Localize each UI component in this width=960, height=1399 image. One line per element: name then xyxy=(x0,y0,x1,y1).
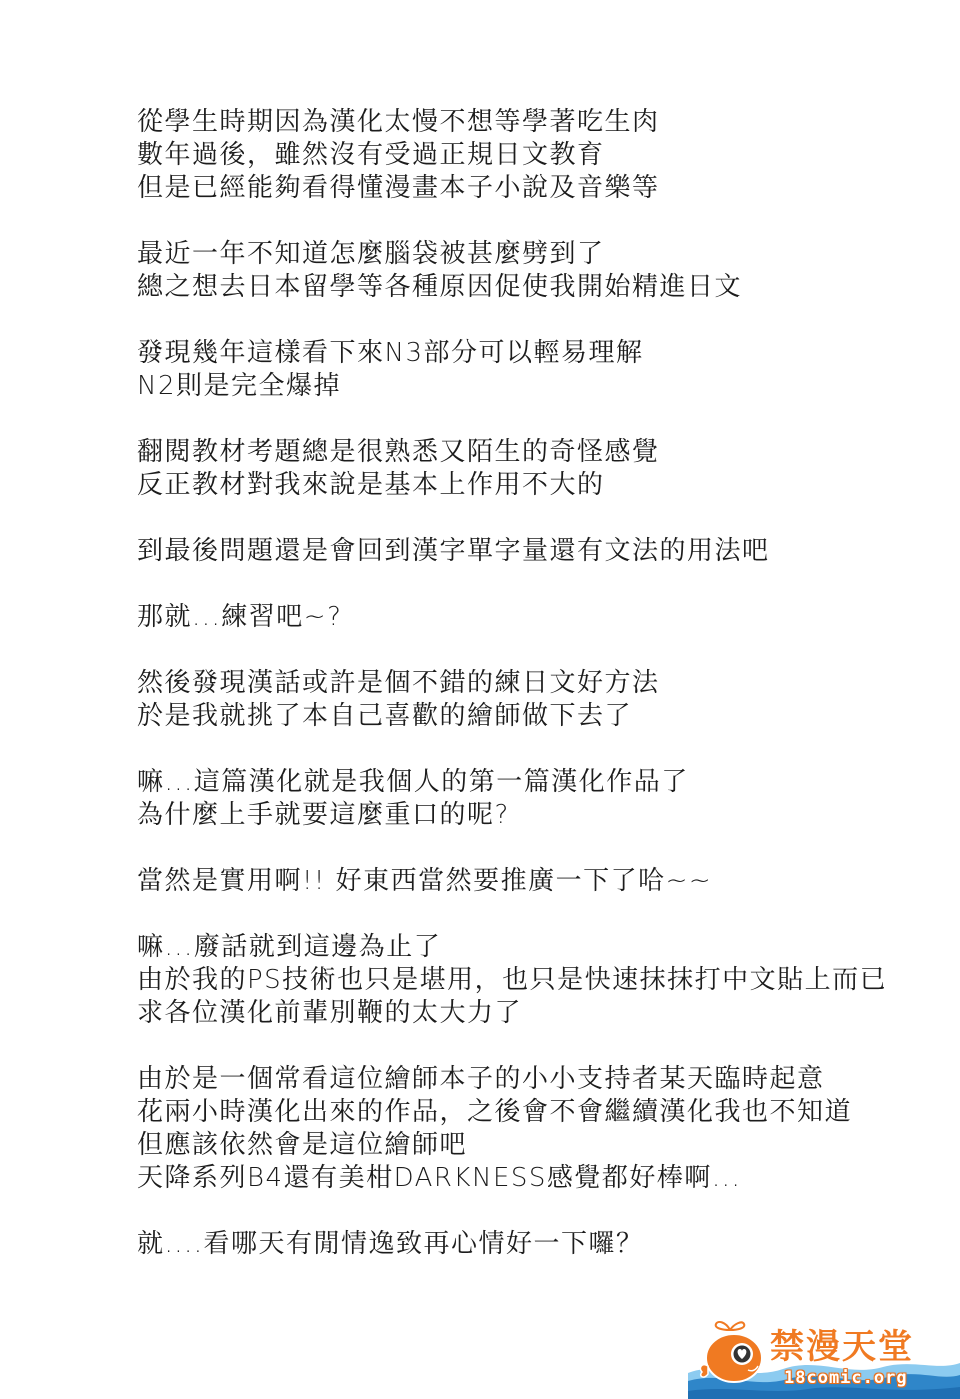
text-line: 就....看哪天有閒情逸致再心情好一下囉？ xyxy=(137,1228,937,1261)
text-line: 翻閱教材考題總是很熟悉又陌生的奇怪感覺 xyxy=(137,436,937,469)
paragraph-1: 從學生時期因為漢化太慢不想等學著吃生肉 數年過後，雖然沒有受過正規日文教育 但是… xyxy=(137,106,937,205)
page: 從學生時期因為漢化太慢不想等學著吃生肉 數年過後，雖然沒有受過正規日文教育 但是… xyxy=(0,0,960,1399)
text-line: N2則是完全爆掉 xyxy=(137,370,937,403)
text-line: 求各位漢化前輩別鞭的太大力了 xyxy=(137,997,937,1030)
paragraph-5: 到最後問題還是會回到漢字單字量還有文法的用法吧 xyxy=(137,535,937,568)
text-line: 於是我就挑了本自己喜歡的繪師做下去了 xyxy=(137,700,937,733)
paragraph-9: 當然是實用啊!! 好東西當然要推廣一下了哈~~ xyxy=(137,865,937,898)
text-line: 當然是實用啊!! 好東西當然要推廣一下了哈~~ xyxy=(137,865,937,898)
paragraph-7: 然後發現漢話或許是個不錯的練日文好方法 於是我就挑了本自己喜歡的繪師做下去了 xyxy=(137,667,937,733)
text-line: 到最後問題還是會回到漢字單字量還有文法的用法吧 xyxy=(137,535,937,568)
text-line: 但是已經能夠看得懂漫畫本子小說及音樂等 xyxy=(137,172,937,205)
paragraph-8: 嘛...這篇漢化就是我個人的第一篇漢化作品了 為什麼上手就要這麼重口的呢? xyxy=(137,766,937,832)
text-line: 但應該依然會是這位繪師吧 xyxy=(137,1129,937,1162)
paragraph-11: 由於是一個常看這位繪師本子的小小支持者某天臨時起意 花兩小時漢化出來的作品，之後… xyxy=(137,1063,937,1195)
text-line: 由於我的PS技術也只是堪用，也只是快速抹抹打中文貼上而已 xyxy=(137,964,937,997)
paragraph-3: 發現幾年這樣看下來N3部分可以輕易理解 N2則是完全爆掉 xyxy=(137,337,937,403)
text-line: 嘛...這篇漢化就是我個人的第一篇漢化作品了 xyxy=(137,766,937,799)
text-line: 花兩小時漢化出來的作品，之後會不會繼續漢化我也不知道 xyxy=(137,1096,937,1129)
text-line: 然後發現漢話或許是個不錯的練日文好方法 xyxy=(137,667,937,700)
text-line: 由於是一個常看這位繪師本子的小小支持者某天臨時起意 xyxy=(137,1063,937,1096)
text-line: 天降系列B4還有美柑DARKNESS感覺都好棒啊... xyxy=(137,1162,937,1195)
text-line: 發現幾年這樣看下來N3部分可以輕易理解 xyxy=(137,337,937,370)
text-line: 那就...練習吧~? xyxy=(137,601,937,634)
paragraph-12: 就....看哪天有閒情逸致再心情好一下囉？ xyxy=(137,1228,937,1261)
watermark-title: 禁漫天堂 xyxy=(770,1328,914,1366)
text-line: 數年過後，雖然沒有受過正規日文教育 xyxy=(137,139,937,172)
text-line: 總之想去日本留學等各種原因促使我開始精進日文 xyxy=(137,271,937,304)
watermark-url: 18comic.org xyxy=(784,1368,908,1388)
translator-notes: 從學生時期因為漢化太慢不想等學著吃生肉 數年過後，雖然沒有受過正規日文教育 但是… xyxy=(137,106,937,1294)
paragraph-4: 翻閱教材考題總是很熟悉又陌生的奇怪感覺 反正教材對我來說是基本上作用不大的 xyxy=(137,436,937,502)
text-line: 從學生時期因為漢化太慢不想等學著吃生肉 xyxy=(137,106,937,139)
text-line: 嘛...廢話就到這邊為止了 xyxy=(137,931,937,964)
text-line: 反正教材對我來說是基本上作用不大的 xyxy=(137,469,937,502)
text-line: 最近一年不知道怎麼腦袋被甚麼劈到了 xyxy=(137,238,937,271)
whale-heart-icon xyxy=(696,1318,768,1386)
paragraph-10: 嘛...廢話就到這邊為止了 由於我的PS技術也只是堪用，也只是快速抹抹打中文貼上… xyxy=(137,931,937,1030)
paragraph-2: 最近一年不知道怎麼腦袋被甚麼劈到了 總之想去日本留學等各種原因促使我開始精進日文 xyxy=(137,238,937,304)
text-line: 為什麼上手就要這麼重口的呢? xyxy=(137,799,937,832)
watermark-logo: 禁漫天堂 18comic.org xyxy=(688,1312,960,1399)
paragraph-6: 那就...練習吧~? xyxy=(137,601,937,634)
